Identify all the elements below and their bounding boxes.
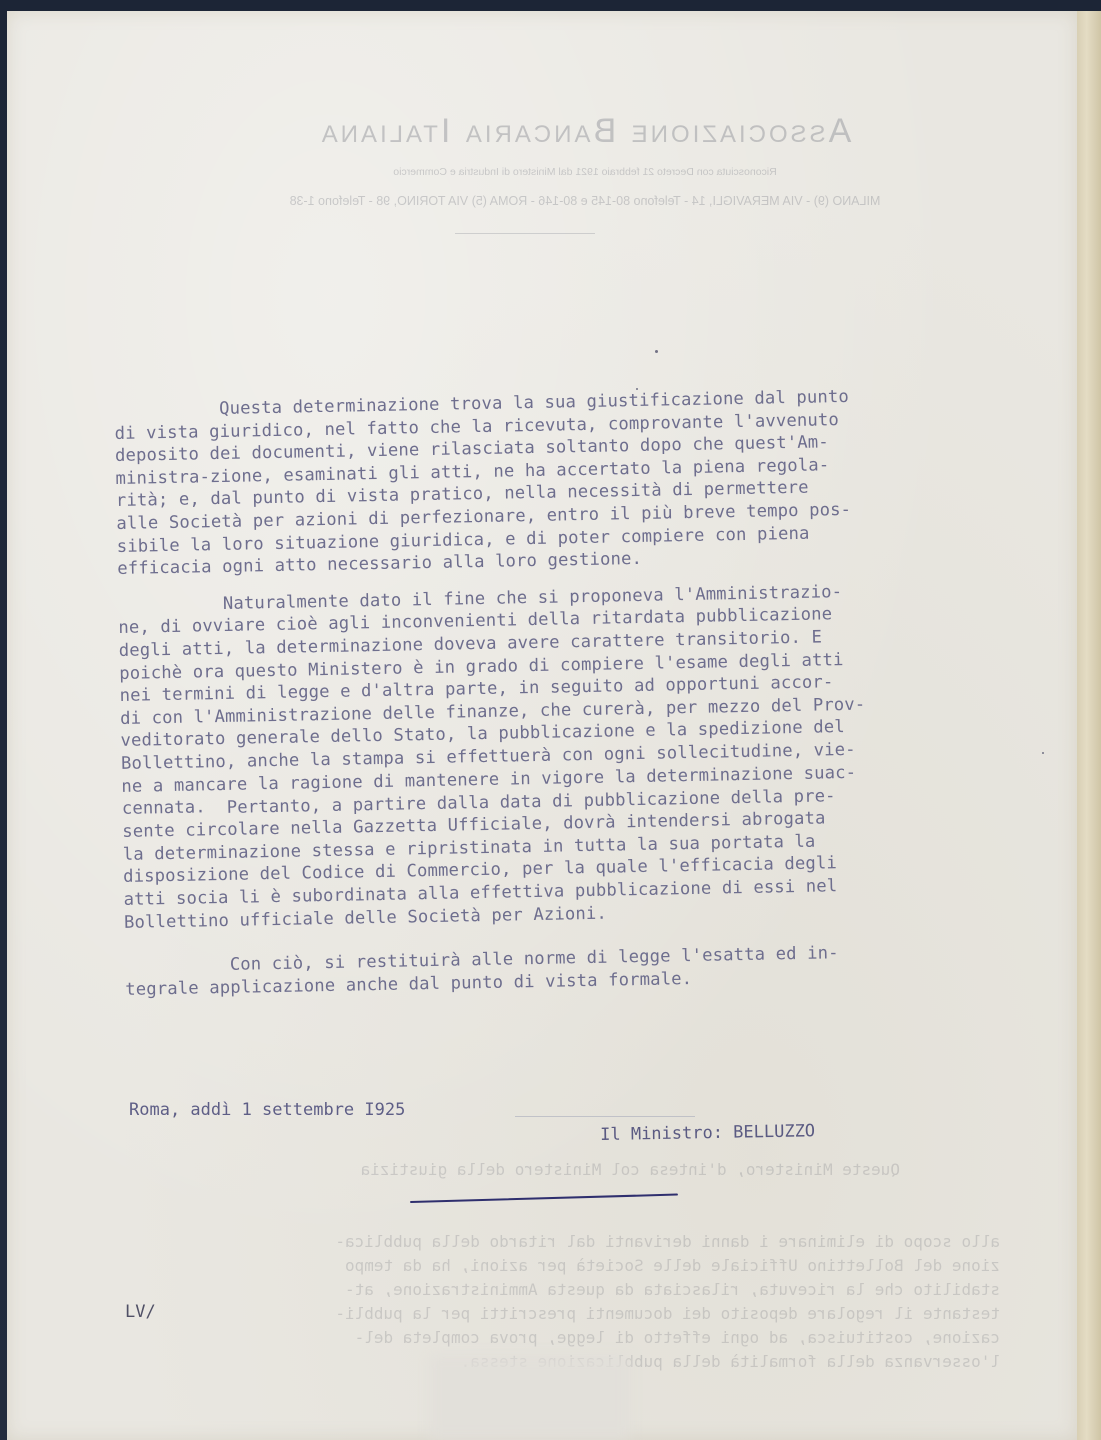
bleed-letterhead-subtitle: Riconosciuta con Decreto 21 febbraio 192… xyxy=(280,166,890,178)
ink-speck xyxy=(636,388,638,390)
bleed-letterhead-address: MILANO (9) - VIA MERAVIGLI, 14 - Telefon… xyxy=(150,194,1020,208)
bleed-reverse-line: Queste Ministero, d'intesa col Ministero… xyxy=(180,1160,900,1179)
signature-ministro: Il Ministro: BELLUZZO xyxy=(600,1121,815,1145)
paragraph-abrogation: Pertanto, a partire dalla data di pubbli… xyxy=(122,781,1054,934)
bleed-reverse-line: zione del Bollettino Ufficiale delle Soc… xyxy=(140,1256,1000,1275)
bleed-divider xyxy=(515,1116,695,1117)
paragraph-justification: Questa determinazione trova la sua giust… xyxy=(114,382,1047,581)
document-body: Questa determinazione trova la sua giust… xyxy=(114,382,1055,1001)
redaction-blur xyxy=(430,1355,630,1440)
bleed-letterhead-title: Associazione Bancaria Italiana xyxy=(230,112,940,151)
bleed-divider xyxy=(455,233,595,234)
page-edge xyxy=(1077,11,1101,1440)
bleed-reverse-line: cazione, costituisca, ad ogni effetto di… xyxy=(140,1328,1000,1347)
typist-initials: LV/ xyxy=(125,1302,156,1322)
bleed-reverse-line: allo scopo di eliminare i danni derivant… xyxy=(140,1232,1000,1251)
ink-speck xyxy=(655,350,658,353)
bleed-reverse-line: stabilito che la ricevuta, rilasciata da… xyxy=(140,1280,1000,1299)
ink-speck xyxy=(1042,752,1044,754)
dateline: Roma, addì 1 settembre I925 xyxy=(129,1100,405,1120)
bleed-reverse-line: testante il regolare deposito dei docume… xyxy=(140,1304,1000,1323)
